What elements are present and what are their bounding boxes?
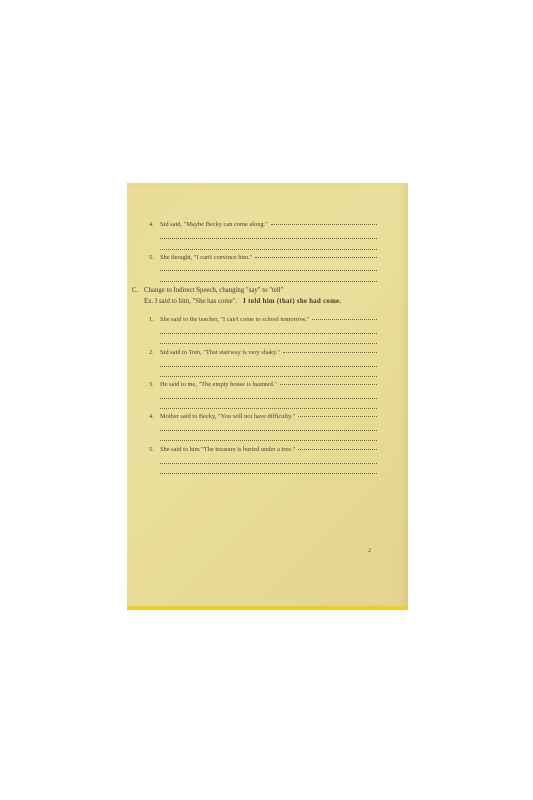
answer-line[interactable]	[160, 430, 377, 431]
item-number: 5.	[149, 446, 160, 453]
item-text: She said to him "The treasure is buried …	[160, 446, 295, 453]
exercise-item: 2.Sid said to Tom, "That stairway is ver…	[149, 349, 377, 356]
answer-line[interactable]	[298, 416, 377, 417]
section-letter: C.	[132, 287, 144, 294]
section-instruction: Change to Indirect Speech, changing "say…	[144, 287, 283, 294]
example-answer: I told him (that) she had come.	[243, 298, 341, 305]
answer-line[interactable]	[160, 343, 377, 344]
page-number: 2	[368, 548, 371, 554]
answer-line[interactable]	[255, 257, 377, 258]
answer-line[interactable]	[160, 473, 377, 474]
answer-line[interactable]	[160, 333, 377, 334]
exercise-item: 5.She thought, "I can't convince him."	[149, 254, 377, 261]
section-heading: C.Change to Indirect Speech, changing "s…	[132, 287, 283, 294]
answer-line[interactable]	[280, 384, 377, 385]
example-prompt: Ex. I said to him, "She has come".	[144, 298, 237, 305]
item-text: Sid said to Tom, "That stairway is very …	[160, 349, 280, 356]
answer-line[interactable]	[271, 224, 377, 225]
item-text: He said to me, "The empty house is haunt…	[160, 381, 277, 388]
item-number: 4.	[149, 221, 160, 228]
answer-line[interactable]	[298, 449, 377, 450]
answer-line[interactable]	[160, 408, 377, 409]
item-number: 2.	[149, 349, 160, 356]
item-text: Mother said to Becky, "You will not have…	[160, 413, 295, 420]
answer-line[interactable]	[283, 352, 377, 353]
answer-line[interactable]	[160, 463, 377, 464]
exercise-item: 3.He said to me, "The empty house is hau…	[149, 381, 377, 388]
worksheet-page: 4.Sid said, "Maybe Becky can come along.…	[127, 183, 408, 610]
item-text: She thought, "I can't convince him."	[160, 254, 252, 261]
item-text: She said to the teacher, "I can't come t…	[160, 316, 309, 323]
item-number: 1.	[149, 316, 160, 323]
example: Ex. I said to him, "She has come".I told…	[144, 298, 341, 305]
item-number: 5.	[149, 254, 160, 261]
answer-line[interactable]	[160, 270, 377, 271]
answer-line[interactable]	[312, 319, 377, 320]
answer-line[interactable]	[160, 366, 377, 367]
answer-line[interactable]	[160, 238, 377, 239]
exercise-item: 4.Sid said, "Maybe Becky can come along.…	[149, 221, 377, 228]
item-text: Sid said, "Maybe Becky can come along."	[160, 221, 268, 228]
exercise-item: 4.Mother said to Becky, "You will not ha…	[149, 413, 377, 420]
exercise-item: 1.She said to the teacher, "I can't come…	[149, 316, 377, 323]
answer-line[interactable]	[160, 440, 377, 441]
answer-line[interactable]	[160, 281, 377, 282]
item-number: 3.	[149, 381, 160, 388]
answer-line[interactable]	[160, 249, 377, 250]
answer-line[interactable]	[160, 398, 377, 399]
exercise-item: 5.She said to him "The treasure is burie…	[149, 446, 377, 453]
item-number: 4.	[149, 413, 160, 420]
answer-line[interactable]	[160, 376, 377, 377]
